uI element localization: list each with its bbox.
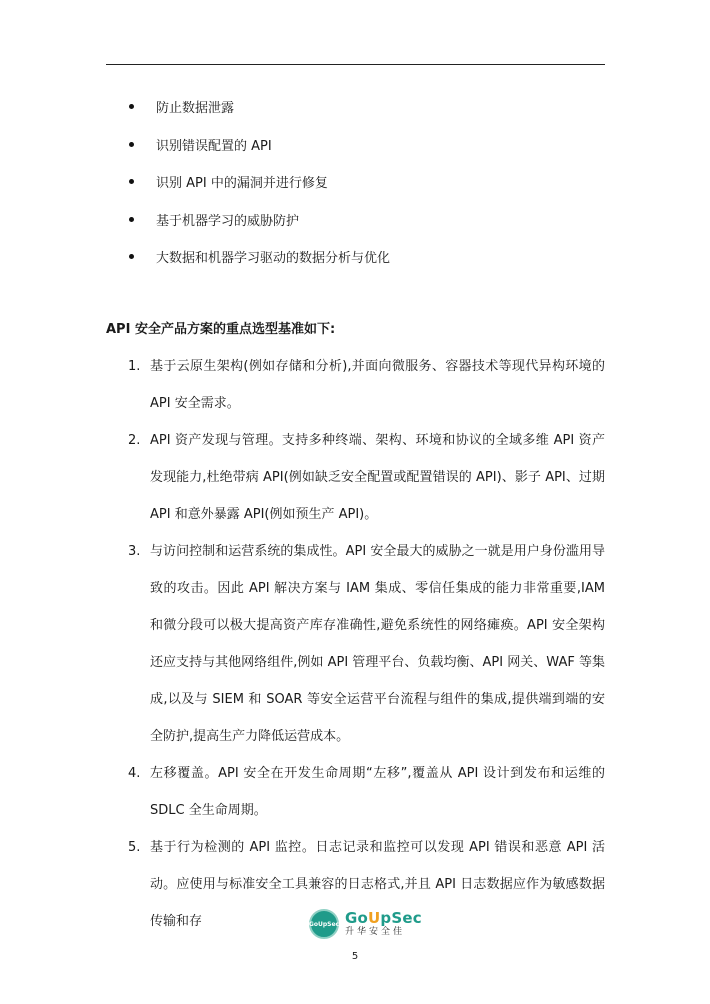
criteria-item: 4.左移覆盖。API 安全在开发生命周期“左移”,覆盖从 API 设计到发布和运… <box>128 755 608 829</box>
criteria-item: 3.与访问控制和运营系统的集成性。API 安全最大的威胁之一就是用户身份滥用导致… <box>128 533 608 755</box>
bullet-item: 识别 API 中的漏洞并进行修复 <box>120 163 390 201</box>
brand-name: GoUpSec <box>345 911 422 926</box>
bullet-icon <box>129 142 134 147</box>
bullet-icon <box>129 254 134 259</box>
bullet-item: 防止数据泄露 <box>120 88 390 126</box>
criteria-item: 2.API 资产发现与管理。支持多种终端、架构、环境和协议的全域多维 API 资… <box>128 422 608 533</box>
brand-tagline: 升华安全佳 <box>345 928 422 937</box>
goupsec-logo: GoUpSec GoUpSec 升华安全佳 <box>309 909 422 939</box>
bullet-item: 大数据和机器学习驱动的数据分析与优化 <box>120 238 390 276</box>
page-number: 5 <box>0 951 710 962</box>
criteria-item: 1.基于云原生架构(例如存储和分析),并面向微服务、容器技术等现代异构环境的 A… <box>128 348 608 422</box>
bullet-item: 基于机器学习的威胁防护 <box>120 201 390 239</box>
brand-block: GoUpSec 升华安全佳 <box>345 911 422 937</box>
feature-bullet-list: 防止数据泄露 识别错误配置的 API 识别 API 中的漏洞并进行修复 基于机器… <box>120 88 390 276</box>
bullet-icon <box>129 217 134 222</box>
header-rule <box>106 64 605 65</box>
section-heading: API 安全产品方案的重点选型基准如下: <box>106 318 335 337</box>
bullet-icon <box>129 104 134 109</box>
selection-criteria-list: 1.基于云原生架构(例如存储和分析),并面向微服务、容器技术等现代异构环境的 A… <box>128 348 608 940</box>
bullet-icon <box>129 179 134 184</box>
seal-icon: GoUpSec <box>309 909 339 939</box>
bullet-item: 识别错误配置的 API <box>120 126 390 164</box>
